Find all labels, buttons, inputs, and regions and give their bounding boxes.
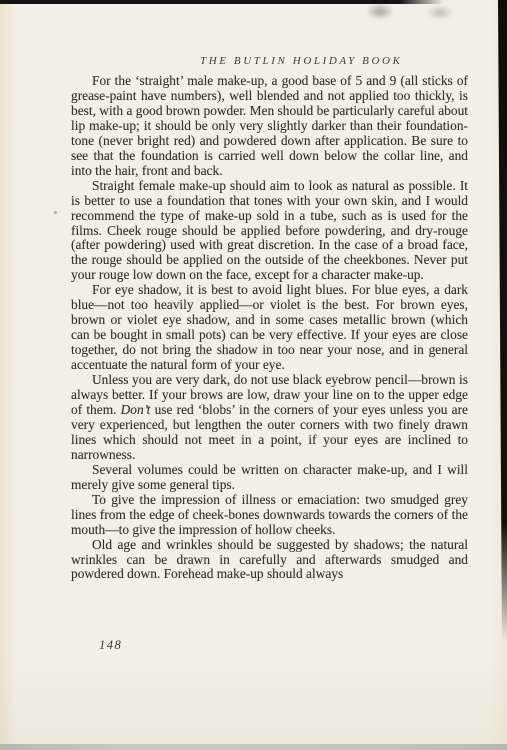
- paragraph-old-age: Old age and wrinkles should be suggested…: [71, 538, 468, 583]
- scan-edge-right: [498, 0, 507, 655]
- running-head: THE BUTLIN HOLIDAY BOOK: [200, 55, 403, 67]
- scan-edge-bottom: [0, 744, 507, 750]
- body-text: For the ‘straight’ male make-up, a good …: [71, 74, 468, 582]
- paragraph-illness-impression: To give the impression of illness or ema…: [71, 493, 468, 538]
- paragraph-character-makeup: Several volumes could be written on char…: [71, 463, 468, 493]
- paragraph-female-makeup: Straight female make-up should aim to lo…: [71, 179, 468, 284]
- book-page-scan: THE BUTLIN HOLIDAY BOOK For the ‘straigh…: [0, 0, 507, 750]
- paragraph-eye-shadow: For eye shadow, it is best to avoid ligh…: [71, 283, 468, 373]
- paragraph-male-makeup: For the ‘straight’ male make-up, a good …: [71, 74, 468, 179]
- ink-speck: [54, 211, 57, 214]
- pencil-smudge: [427, 5, 453, 20]
- page-number: 148: [99, 638, 122, 653]
- pencil-smudge: [366, 3, 394, 20]
- paragraph-eyebrow-pencil: Unless you are very dark, do not use bla…: [71, 373, 468, 463]
- paragraph-eyebrow-pencil-italic: Don’t: [121, 402, 151, 417]
